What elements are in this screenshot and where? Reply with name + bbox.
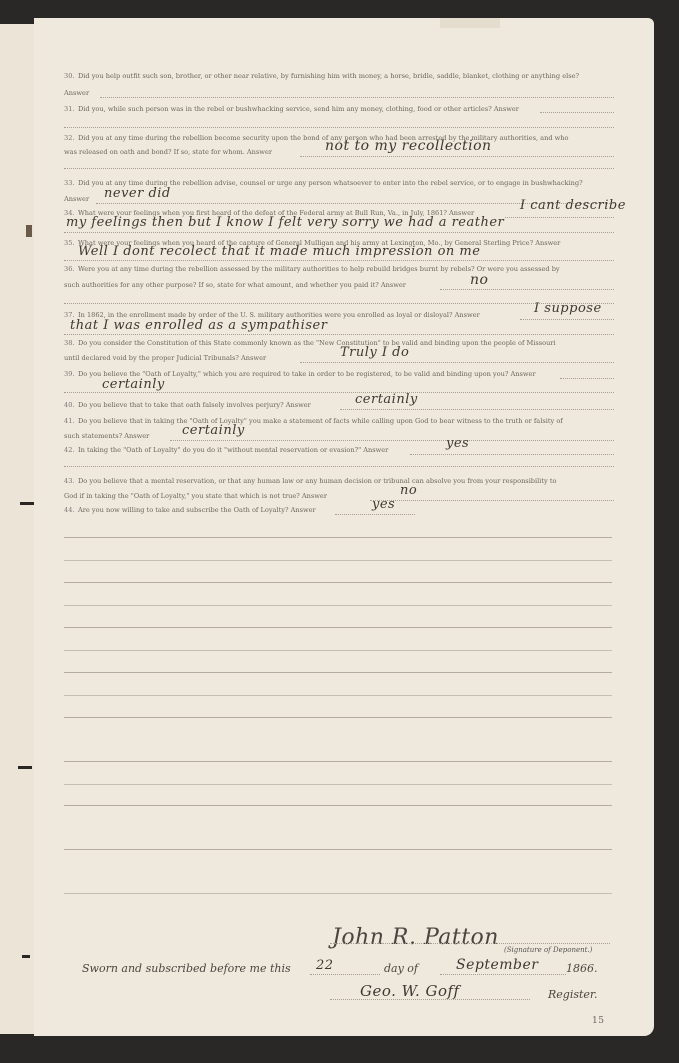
day-of-label: day of [384,962,418,975]
ruled-line [64,761,612,762]
answer-line [64,232,614,233]
answer-line [64,168,614,169]
handwritten-answer-37: I suppose [534,301,602,316]
ruled-line [64,582,612,583]
answer-line [505,217,614,218]
binding-staple [26,225,32,237]
ruled-line [64,695,612,696]
ruled-line [64,627,612,628]
answer-line [170,440,614,441]
handwritten-answer-43: no [400,483,417,498]
ruled-line [64,893,612,894]
handwritten-answer-40: certainly [355,392,418,407]
month-line [440,974,566,975]
signature-line [330,943,610,944]
ruled-line [64,560,612,561]
sworn-day: 22 [316,958,334,973]
answer-line [540,112,614,113]
question-30: 30.Did you help outfit such son, brother… [64,71,616,81]
page-tear [440,18,500,28]
sworn-text: Sworn and subscribed before me this [82,962,291,975]
deponent-signature: John R. Patton [332,925,499,950]
handwritten-answer-35: Well I dont recolect that it made much i… [78,244,480,259]
handwritten-answer-34-cont: my feelings then but I know I felt very … [66,215,504,230]
answer-line [410,454,614,455]
handwritten-answer-38: Truly I do [340,345,409,360]
answer-line [64,260,614,261]
handwritten-answer-33: never did [104,186,171,201]
handwritten-answer-32: not to my recollection [325,138,492,154]
ruled-line [64,849,612,850]
handwritten-answer-34: I cant describe [520,198,626,213]
answer-line [370,500,614,501]
answer-line [100,97,614,98]
answer-line [440,289,614,290]
question-43: 43.Do you believe that a mental reservat… [64,476,616,486]
question-36: 36.Were you at any time during the rebel… [64,264,616,274]
handwritten-answer-44: yes [372,497,395,512]
signature-caption: (Signature of Deponent.) [504,946,592,954]
answer-line [340,409,614,410]
binding-staple [20,502,34,505]
question-41: 41.Do you believe that in taking the "Oa… [64,416,616,426]
answer-line [520,319,614,320]
answer-line [64,334,614,335]
sworn-year: 1866. [566,962,598,975]
answer-line [64,466,614,467]
answer-line [335,514,415,515]
handwritten-answer-36: no [470,272,488,288]
ruled-line [64,605,612,606]
day-line [310,974,380,975]
left-facing-page [0,24,36,1034]
page-number: 15 [592,1016,604,1026]
handwritten-answer-41: certainly [182,423,245,438]
register-signature: Geo. W. Goff [360,982,460,1000]
ruled-line [64,650,612,651]
binding-staple [22,955,30,958]
answer-line [64,303,614,304]
handwritten-answer-42: yes [446,436,469,451]
answer-line [560,378,614,379]
register-line [330,999,530,1000]
binding-staple [18,766,32,769]
answer-line [64,127,614,128]
handwritten-answer-39: certainly [102,377,165,392]
register-label: Register. [548,988,597,1001]
handwritten-answer-37-cont: that I was enrolled as a sympathiser [70,318,327,333]
ruled-line [64,805,612,806]
answer-line [300,362,614,363]
answer-line [300,156,614,157]
sworn-month: September [456,957,538,973]
question-31: 31.Did you, while such person was in the… [64,104,616,114]
ruled-line [64,672,612,673]
ruled-line [64,537,612,538]
ruled-line [64,717,612,718]
document-page [34,18,654,1036]
ruled-line [64,784,612,785]
answer-line [64,392,614,393]
